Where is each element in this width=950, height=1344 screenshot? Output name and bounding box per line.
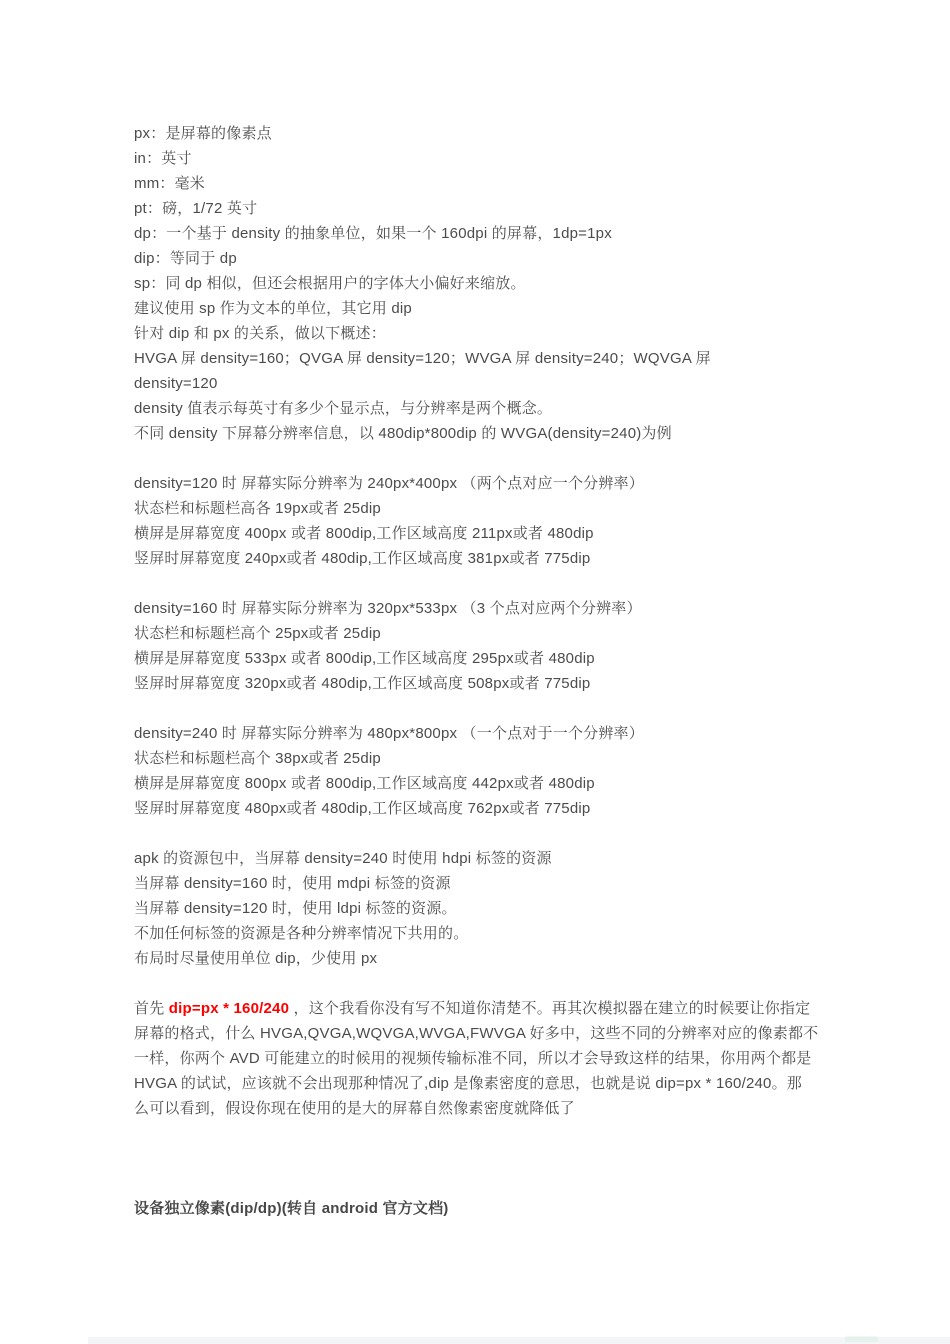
blank-line	[134, 1121, 850, 1146]
text-line: 竖屏时屏幕宽度 240px或者 480dip,工作区域高度 381px或者 77…	[134, 546, 850, 571]
blank-line	[134, 696, 850, 721]
blank-line	[134, 971, 850, 996]
text-line: dp：一个基于 density 的抽象单位，如果一个 160dpi 的屏幕，1d…	[134, 221, 850, 246]
text-line: density=160 时 屏幕实际分辨率为 320px*533px （3 个点…	[134, 596, 850, 621]
text-line: px：是屏幕的像素点	[134, 121, 850, 146]
text-line: 一样，你两个 AVD 可能建立的时候用的视频传输标准不同，所以才会导致这样的结果…	[134, 1046, 850, 1071]
blank-line	[134, 571, 850, 596]
text-line: 布局时尽量使用单位 dip，少使用 px	[134, 946, 850, 971]
highlight-formula: dip=px * 160/240	[169, 1000, 289, 1017]
text-line: 么可以看到，假设你现在使用的是大的屏幕自然像素密度就降低了	[134, 1096, 850, 1121]
text-line: mm：毫米	[134, 171, 850, 196]
text-segment: 首先	[134, 1000, 169, 1017]
text-line: 屏幕的格式，什么 HVGA,QVGA,WQVGA,WVGA,FWVGA 好多中，…	[134, 1021, 850, 1046]
text-line: 状态栏和标题栏高个 38px或者 25dip	[134, 746, 850, 771]
text-line: in：英寸	[134, 146, 850, 171]
article-body: px：是屏幕的像素点in：英寸mm：毫米pt：磅，1/72 英寸dp：一个基于 …	[134, 121, 850, 1221]
text-line: 不同 density 下屏幕分辨率信息，以 480dip*800dip 的 WV…	[134, 421, 850, 446]
text-line: HVGA 的试试，应该就不会出现那种情况了,dip 是像素密度的意思，也就是说 …	[134, 1071, 850, 1096]
text-line: density=120	[134, 371, 850, 396]
page-bottom-divider	[88, 1337, 950, 1344]
text-line: 当屏幕 density=120 时，使用 ldpi 标签的资源。	[134, 896, 850, 921]
text-line: 建议使用 sp 作为文本的单位，其它用 dip	[134, 296, 850, 321]
text-line: density=240 时 屏幕实际分辨率为 480px*800px （一个点对…	[134, 721, 850, 746]
text-line: 横屏是屏幕宽度 800px 或者 800dip,工作区域高度 442px或者 4…	[134, 771, 850, 796]
blank-line	[134, 446, 850, 471]
faint-watermark	[845, 1336, 878, 1342]
text-line: 横屏是屏幕宽度 400px 或者 800dip,工作区域高度 211px或者 4…	[134, 521, 850, 546]
text-line: 状态栏和标题栏高各 19px或者 25dip	[134, 496, 850, 521]
text-line: HVGA 屏 density=160；QVGA 屏 density=120；WV…	[134, 346, 850, 371]
text-line: sp：同 dp 相似，但还会根据用户的字体大小偏好来缩放。	[134, 271, 850, 296]
text-line: 竖屏时屏幕宽度 480px或者 480dip,工作区域高度 762px或者 77…	[134, 796, 850, 821]
document-page: px：是屏幕的像素点in：英寸mm：毫米pt：磅，1/72 英寸dp：一个基于 …	[0, 0, 950, 1344]
text-line: 状态栏和标题栏高个 25px或者 25dip	[134, 621, 850, 646]
text-line: density=120 时 屏幕实际分辨率为 240px*400px （两个点对…	[134, 471, 850, 496]
text-line: dip：等同于 dp	[134, 246, 850, 271]
text-line: 竖屏时屏幕宽度 320px或者 480dip,工作区域高度 508px或者 77…	[134, 671, 850, 696]
blank-line	[134, 1146, 850, 1171]
text-line: 不加任何标签的资源是各种分辨率情况下共用的。	[134, 921, 850, 946]
text-line: density 值表示每英寸有多少个显示点，与分辨率是两个概念。	[134, 396, 850, 421]
section-heading: 设备独立像素(dip/dp)(转自 android 官方文档)	[134, 1196, 850, 1221]
text-line: 当屏幕 density=160 时，使用 mdpi 标签的资源	[134, 871, 850, 896]
text-line: 首先 dip=px * 160/240 ，这个我看你没有写不知道你清楚不。再其次…	[134, 996, 850, 1021]
text-line: pt：磅，1/72 英寸	[134, 196, 850, 221]
text-line: 横屏是屏幕宽度 533px 或者 800dip,工作区域高度 295px或者 4…	[134, 646, 850, 671]
text-line: apk 的资源包中，当屏幕 density=240 时使用 hdpi 标签的资源	[134, 846, 850, 871]
blank-line	[134, 1171, 850, 1196]
text-line: 针对 dip 和 px 的关系，做以下概述：	[134, 321, 850, 346]
blank-line	[134, 821, 850, 846]
text-segment: ，这个我看你没有写不知道你清楚不。再其次模拟器在建立的时候要让你指定	[289, 1000, 810, 1017]
